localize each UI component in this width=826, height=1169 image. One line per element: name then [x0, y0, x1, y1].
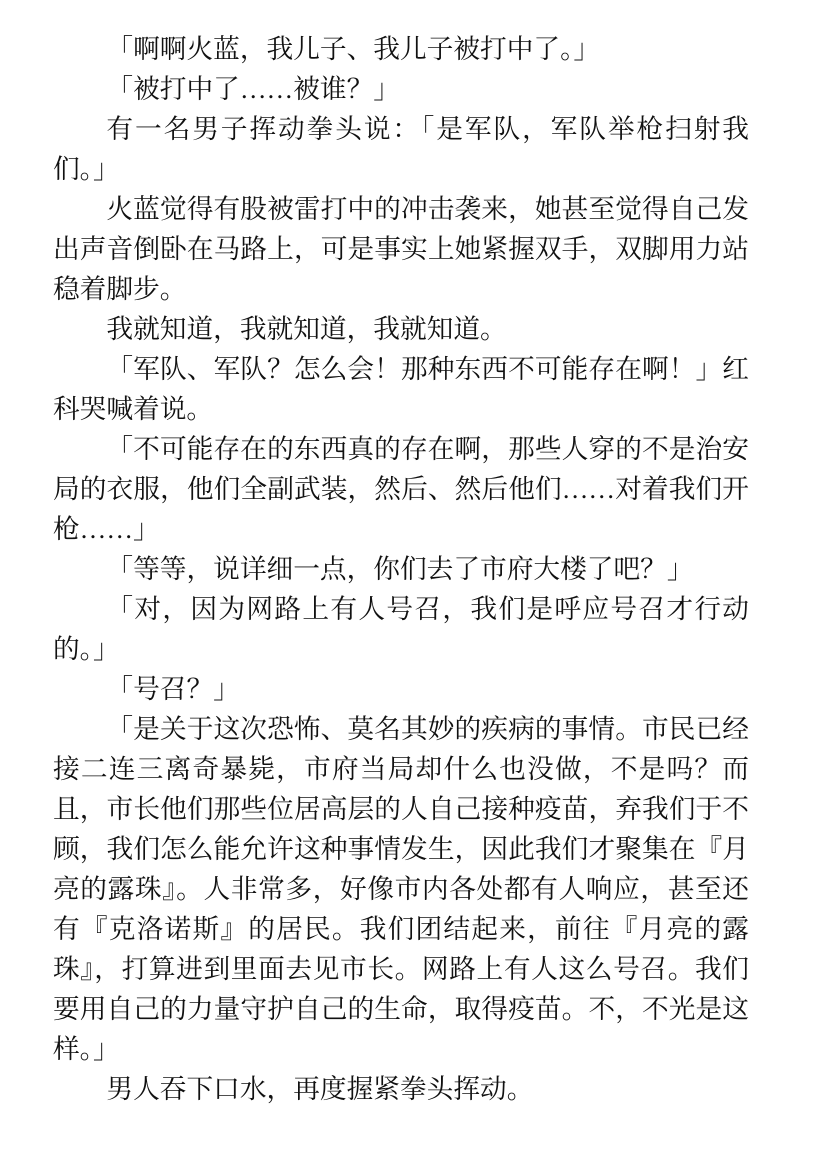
paragraph: 「被打中了……被谁？」: [53, 69, 749, 109]
paragraph: 「军队、军队？怎么会！那种东西不可能存在啊！」红科哭喊着说。: [53, 349, 749, 429]
paragraph: 「号召？」: [53, 669, 749, 709]
novel-page: 「啊啊火蓝，我儿子、我儿子被打中了。」 「被打中了……被谁？」 有一名男子挥动拳…: [0, 0, 826, 1169]
paragraph: 「等等，说详细一点，你们去了市府大楼了吧？」: [53, 549, 749, 589]
paragraph: 「不可能存在的东西真的存在啊，那些人穿的不是治安局的衣服，他们全副武装，然后、然…: [53, 429, 749, 549]
paragraph: 「对，因为网路上有人号召，我们是呼应号召才行动的。」: [53, 589, 749, 669]
paragraph: 「是关于这次恐怖、莫名其妙的疾病的事情。市民已经接二连三离奇暴毙，市府当局却什么…: [53, 709, 749, 1069]
paragraph: 我就知道，我就知道，我就知道。: [53, 309, 749, 349]
paragraph: 男人吞下口水，再度握紧拳头挥动。: [53, 1069, 749, 1109]
novel-text-body: 「啊啊火蓝，我儿子、我儿子被打中了。」 「被打中了……被谁？」 有一名男子挥动拳…: [53, 29, 749, 1109]
paragraph: 火蓝觉得有股被雷打中的冲击袭来，她甚至觉得自己发出声音倒卧在马路上，可是事实上她…: [53, 189, 749, 309]
paragraph: 有一名男子挥动拳头说：「是军队，军队举枪扫射我们。」: [53, 109, 749, 189]
paragraph: 「啊啊火蓝，我儿子、我儿子被打中了。」: [53, 29, 749, 69]
